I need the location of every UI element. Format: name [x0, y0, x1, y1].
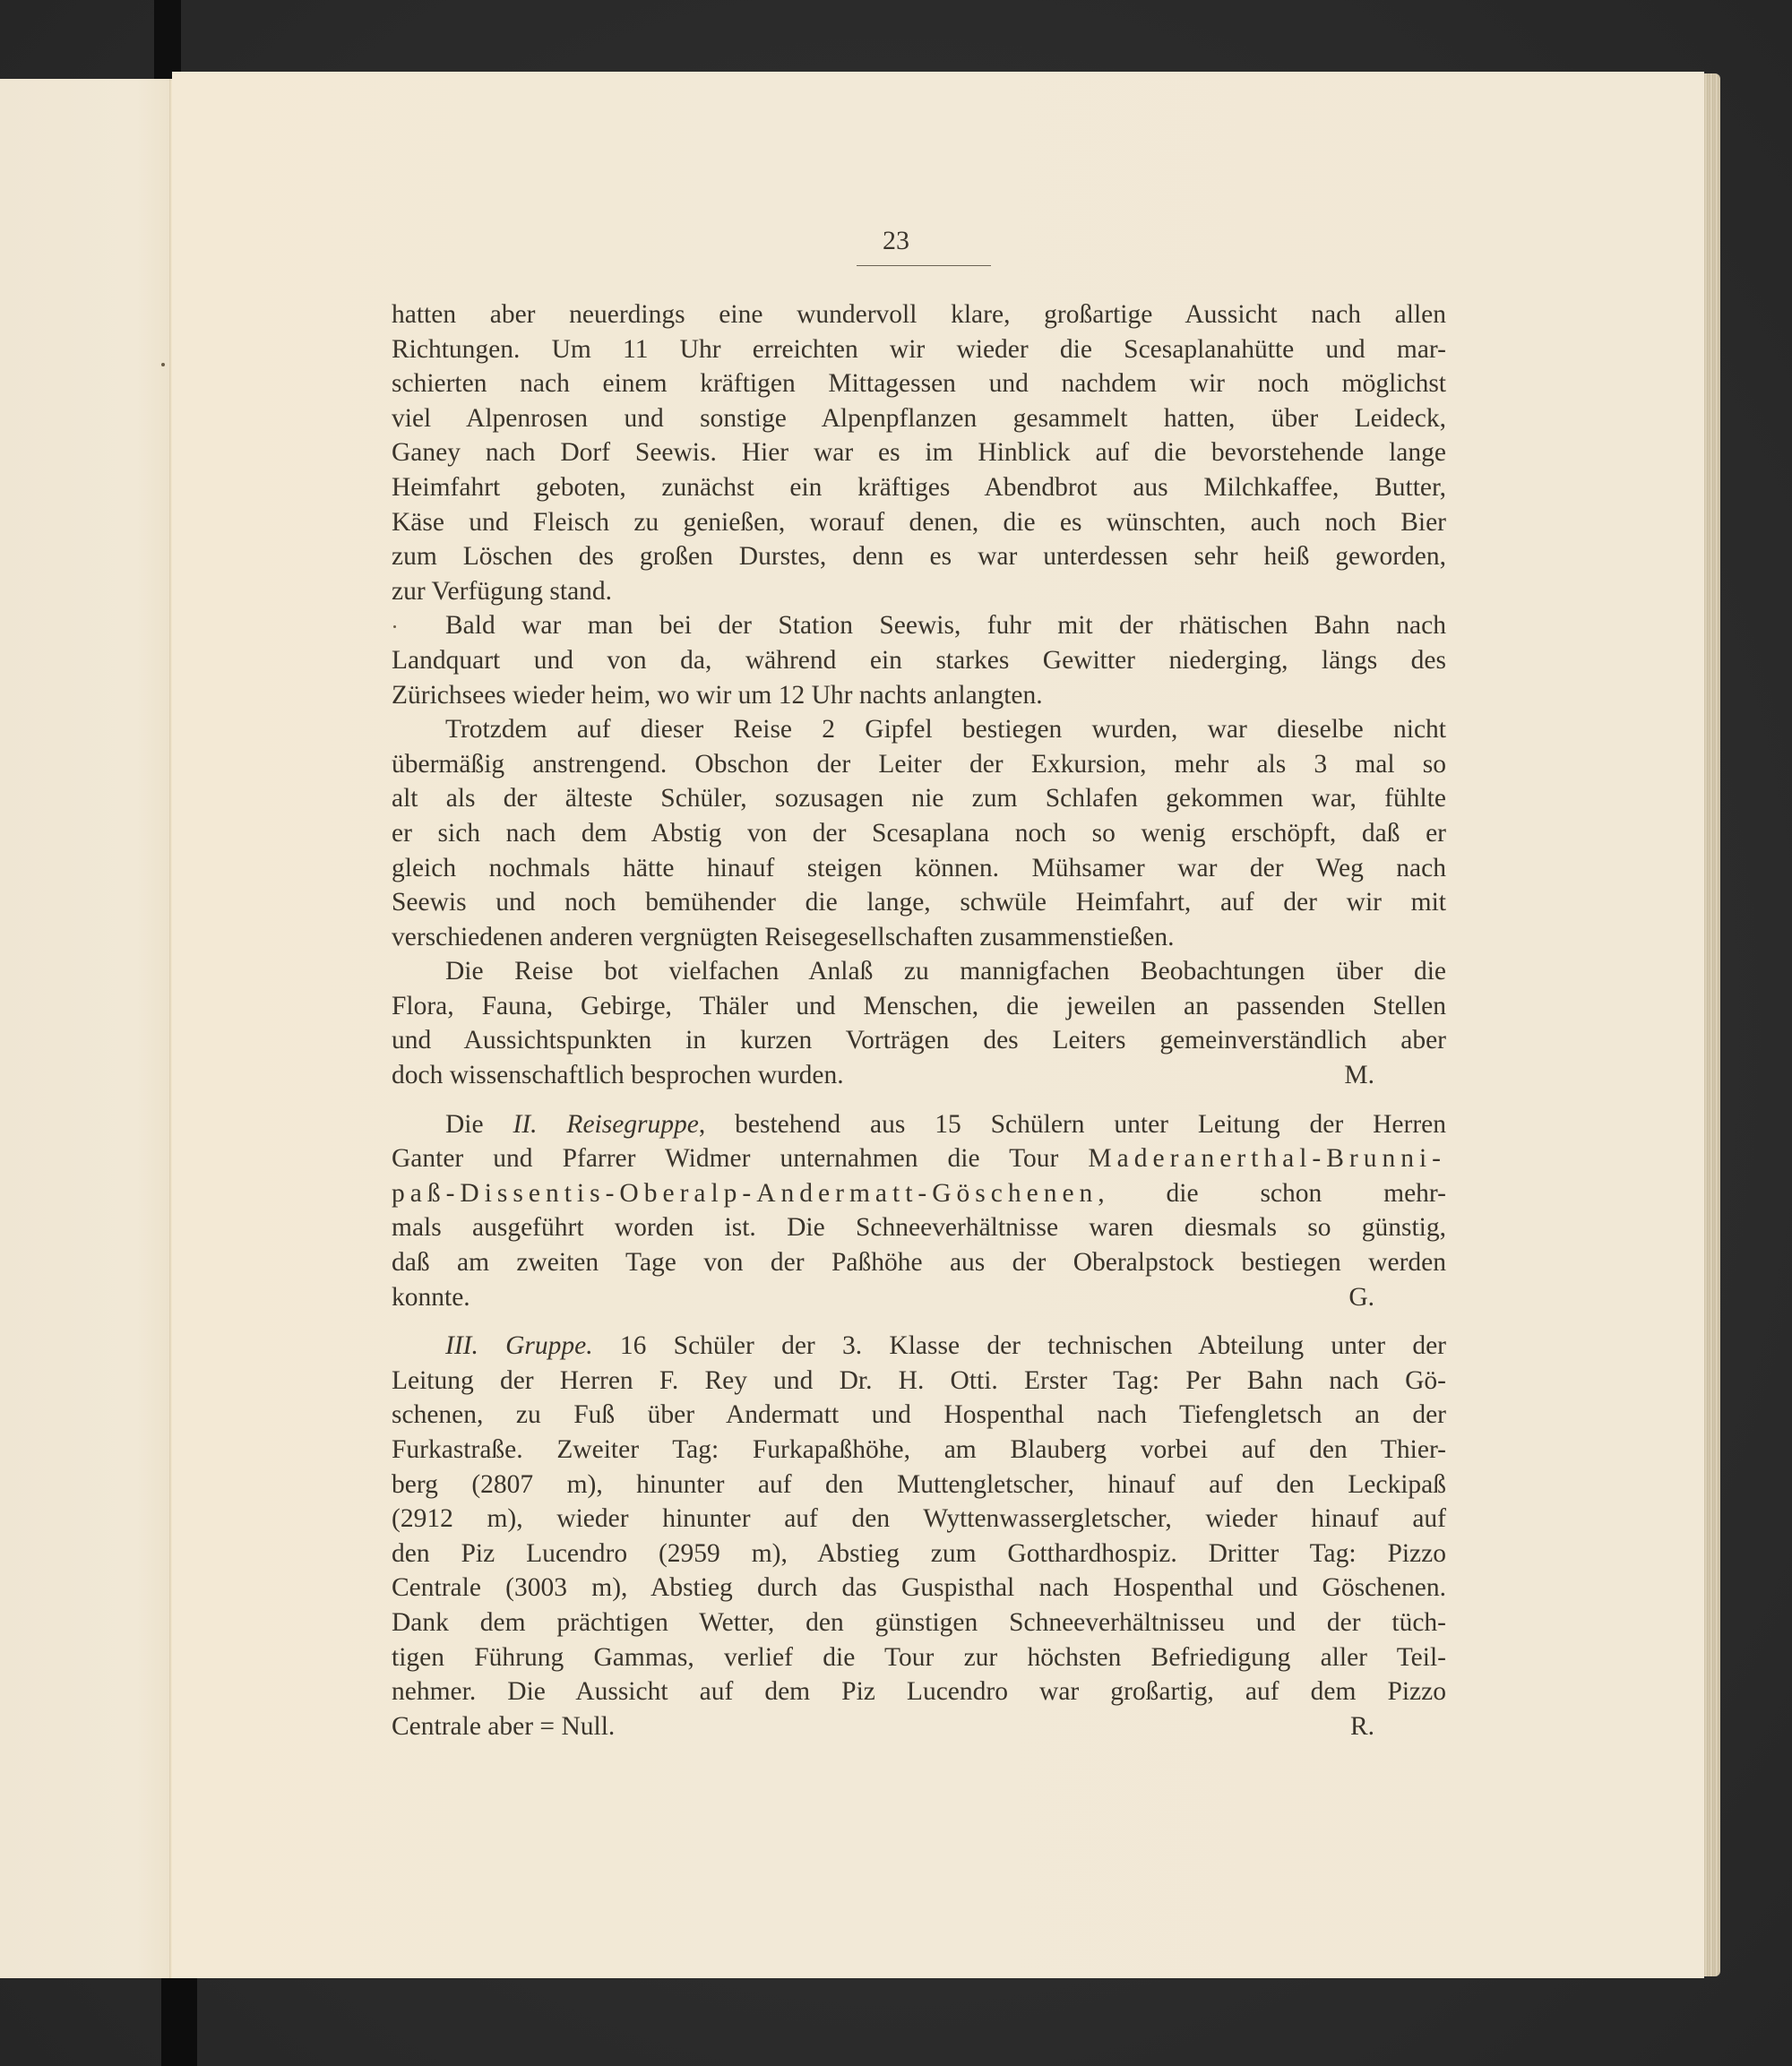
text-line: Leitung der Herren F. Rey und Dr. H. Ott…	[392, 1364, 1446, 1399]
text-line: schierten nach einem kräftigen Mittagess…	[392, 366, 1446, 401]
text-line: Landquart und von da, während ein starke…	[392, 643, 1446, 678]
text-line: und Aussichtspunkten in kurzen Vorträgen…	[392, 1023, 1446, 1058]
text-fragment: Ganter und Pfarrer Widmer unternahmen di…	[392, 1144, 1088, 1173]
text-line: nehmer. Die Aussicht auf dem Piz Lucendr…	[392, 1674, 1446, 1709]
page-number: 23	[0, 226, 1792, 256]
text-line: zur Verfügung stand.	[392, 574, 1446, 609]
text-line: doch wissenschaftlich besprochen wurden.	[392, 1058, 844, 1093]
paragraph-3: Trotzdem auf dieser Reise 2 Gipfel besti…	[392, 712, 1446, 954]
text-line: Käse und Fleisch zu genießen, worauf den…	[392, 505, 1446, 540]
text-line: den Piz Lucendro (2959 m), Abstieg zum G…	[392, 1537, 1446, 1571]
spine-shadow-top	[154, 0, 181, 81]
text-line: Centrale (3003 m), Abstieg durch das Gus…	[392, 1571, 1446, 1605]
paragraph-4: Die Reise bot vielfachen Anlaß zu mannig…	[392, 954, 1446, 1092]
text-fragment: 16 Schüler der 3. Klasse der technischen…	[593, 1331, 1446, 1360]
text-line: alt als der älteste Schüler, sozusagen n…	[392, 781, 1446, 816]
text-line: III. Gruppe. 16 Schüler der 3. Klasse de…	[392, 1329, 1446, 1364]
text-line-signed: doch wissenschaftlich besprochen wurden.…	[392, 1058, 1446, 1093]
text-line-signed: konnte. G.	[392, 1280, 1446, 1315]
text-line: daß am zweiten Tage von der Paßhöhe aus …	[392, 1245, 1446, 1280]
text-line: er sich nach dem Abstig von der Scesapla…	[392, 816, 1446, 851]
author-signature: G.	[1348, 1280, 1446, 1315]
text-line: schenen, zu Fuß über Andermatt und Hospe…	[392, 1398, 1446, 1433]
text-line: Centrale aber = Null.	[392, 1709, 615, 1744]
left-page	[0, 79, 170, 1978]
text-line: Trotzdem auf dieser Reise 2 Gipfel besti…	[392, 712, 1446, 747]
text-line: Die II. Reisegruppe, bestehend aus 15 Sc…	[392, 1107, 1446, 1142]
author-signature: M.	[1344, 1058, 1446, 1093]
text-line: Ganter und Pfarrer Widmer unternahmen di…	[392, 1141, 1446, 1176]
text-line: Seewis und noch bemühender die lange, sc…	[392, 885, 1446, 920]
text-line: Dank dem prächtigen Wetter, den günstige…	[392, 1605, 1446, 1640]
route-letterspaced: paß-Dissentis-Oberalp-Andermatt-Göschene…	[392, 1179, 1098, 1208]
text-line: (2912 m), wieder hinunter auf den Wytten…	[392, 1502, 1446, 1537]
text-line: gleich nochmals hätte hinauf steigen kön…	[392, 851, 1446, 886]
text-line: Heimfahrt geboten, zunächst ein kräftige…	[392, 470, 1446, 505]
paragraph-5-second-group: Die II. Reisegruppe, bestehend aus 15 Sc…	[392, 1107, 1446, 1315]
route-letterspaced: Maderanerthal-Brunni-	[1088, 1144, 1446, 1173]
paragraph-6-third-group: III. Gruppe. 16 Schüler der 3. Klasse de…	[392, 1329, 1446, 1743]
text-line: Furkastraße. Zweiter Tag: Furkapaßhöhe, …	[392, 1433, 1446, 1468]
text-line: Bald war man bei der Station Seewis, fuh…	[392, 608, 1446, 643]
group-title-italic: III. Gruppe.	[445, 1331, 593, 1360]
text-line: viel Alpenrosen und sonstige Alpenpflanz…	[392, 401, 1446, 436]
paragraph-1: hatten aber neuerdings eine wundervoll k…	[392, 297, 1446, 608]
spine-shadow-bottom	[161, 1978, 197, 2066]
text-line: Zürichsees wieder heim, wo wir um 12 Uhr…	[392, 678, 1446, 713]
section-gap	[392, 1314, 1446, 1329]
author-signature: R.	[1350, 1709, 1446, 1744]
text-line: tigen Führung Gammas, verlief die Tour z…	[392, 1640, 1446, 1675]
text-line: verschiedenen anderen vergnügten Reisege…	[392, 920, 1446, 955]
text-line: zum Löschen des großen Durstes, denn es …	[392, 539, 1446, 574]
text-fragment: , bestehend aus 15 Schülern unter Leitun…	[699, 1110, 1446, 1139]
body-text: hatten aber neuerdings eine wundervoll k…	[392, 297, 1446, 1743]
page-stack-edge	[1702, 73, 1720, 1976]
text-line: Richtungen. Um 11 Uhr erreichten wir wie…	[392, 332, 1446, 367]
text-line: Ganey nach Dorf Seewis. Hier war es im H…	[392, 435, 1446, 470]
group-title-italic: II. Reisegruppe	[513, 1110, 699, 1139]
paragraph-2: Bald war man bei der Station Seewis, fuh…	[392, 608, 1446, 712]
section-gap	[392, 1093, 1446, 1107]
text-line: mals ausgeführt worden ist. Die Schneeve…	[392, 1210, 1446, 1245]
text-line-signed: Centrale aber = Null. R.	[392, 1709, 1446, 1744]
text-line: konnte.	[392, 1280, 470, 1315]
page-number-rule	[857, 265, 991, 266]
text-line: Flora, Fauna, Gebirge, Thäler und Mensch…	[392, 989, 1446, 1024]
paper-speck	[161, 363, 165, 366]
text-line: übermäßig anstrengend. Obschon der Leite…	[392, 747, 1446, 782]
text-line: berg (2807 m), hinunter auf den Muttengl…	[392, 1468, 1446, 1502]
text-line: paß-Dissentis-Oberalp-Andermatt-Göschene…	[392, 1176, 1446, 1211]
text-line: Die Reise bot vielfachen Anlaß zu mannig…	[392, 954, 1446, 989]
text-line: hatten aber neuerdings eine wundervoll k…	[392, 297, 1446, 332]
text-fragment: Die	[445, 1110, 513, 1139]
text-fragment: , die schon mehr-	[1098, 1179, 1446, 1208]
